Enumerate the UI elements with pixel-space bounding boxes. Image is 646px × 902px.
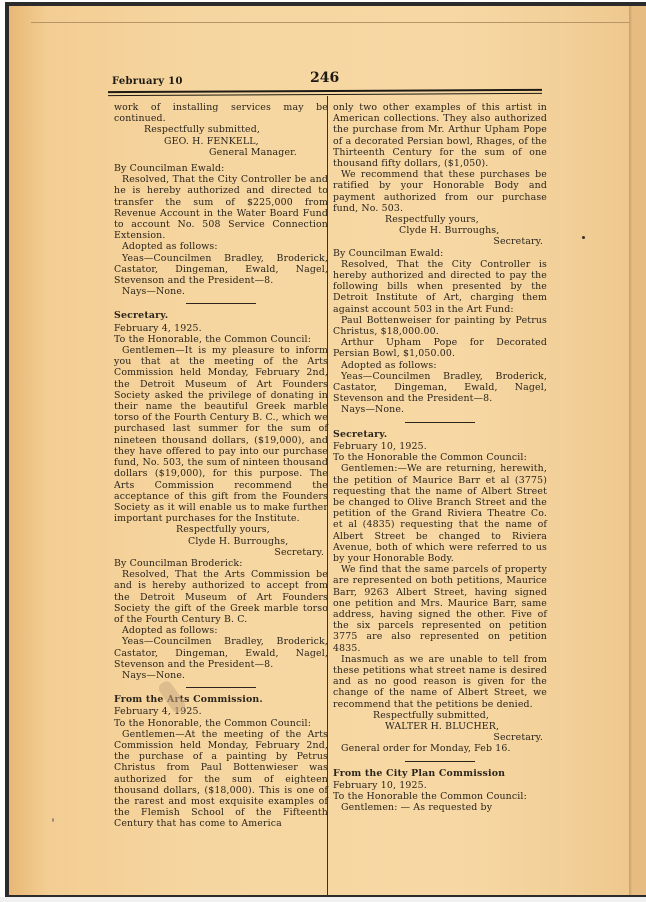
header-date: February 10 xyxy=(112,76,183,87)
resolution-text: Resolved, That the City Controller is he… xyxy=(333,259,547,315)
letter-date: February 4, 1925. xyxy=(114,706,328,717)
bill-item: Paul Bottenweiser for painting by Petrus… xyxy=(333,315,547,337)
signature-name: Clyde H. Burroughs, xyxy=(333,225,547,236)
signature-closing: Respectfully submitted, xyxy=(114,124,328,135)
salutation: To the Honorable the Common Council: xyxy=(333,452,547,463)
yeas-line: Yeas—Councilmen Bradley, Broderick, Cast… xyxy=(114,636,328,670)
signature-title: General Manager. xyxy=(114,147,328,158)
running-header: February 10 246 xyxy=(102,70,542,90)
salutation: To the Honorable, the Common Council: xyxy=(114,718,328,729)
resolution-text: Resolved, That the City Controller be an… xyxy=(114,174,328,241)
nays-line: Nays—None. xyxy=(333,404,547,415)
resolution-mover: By Councilman Broderick: xyxy=(114,558,328,569)
signature-closing: Respectfully submitted, xyxy=(333,710,547,721)
recommendation: We recommend that these purchases be rat… xyxy=(333,169,547,214)
section-divider xyxy=(186,303,256,304)
section-title: Secretary. xyxy=(114,310,328,321)
letter-body: Gentlemen: — As requested by xyxy=(333,802,547,813)
yeas-line: Yeas—Councilmen Bradley, Broderick, Cast… xyxy=(114,253,328,287)
page-top-edge xyxy=(31,22,629,23)
section-title: Secretary. xyxy=(333,429,547,440)
paper-speck xyxy=(52,818,54,822)
signature-closing: Respectfully yours, xyxy=(114,524,328,535)
signature-closing: Respectfully yours, xyxy=(333,214,547,225)
resolution-text: Resolved, That the Arts Commission be an… xyxy=(114,569,328,625)
yeas-line: Yeas—Councilmen Bradley, Broderick, Cast… xyxy=(333,371,547,405)
adopted-line: Adopted as follows: xyxy=(333,360,547,371)
letter-body: Gentlemen—It is my pleasure to inform yo… xyxy=(114,345,328,524)
letter-findings: We find that the same parcels of propert… xyxy=(333,564,547,654)
section-title: From the Arts Commission. xyxy=(114,694,328,705)
letter-date: February 10, 1925. xyxy=(333,780,547,791)
nays-line: Nays—None. xyxy=(114,670,328,681)
salutation: To the Honorable the Common Council: xyxy=(333,791,547,802)
letter-body: Gentlemen—At the meeting of the Arts Com… xyxy=(114,729,328,830)
letter-body: Gentlemen:—We are returning, herewith, t… xyxy=(333,463,547,564)
letter-date: February 10, 1925. xyxy=(333,441,547,452)
signature-name: WALTER H. BLUCHER, xyxy=(333,721,547,732)
resolution-mover: By Councilman Ewald: xyxy=(333,248,547,259)
adopted-line: Adopted as follows: xyxy=(114,241,328,252)
signature-name: Clyde H. Burroughs, xyxy=(114,536,328,547)
left-column: work of installing services may be conti… xyxy=(114,102,328,830)
section-divider xyxy=(186,687,256,688)
bill-item: Arthur Upham Pope for Decorated Persian … xyxy=(333,337,547,359)
nays-line: Nays—None. xyxy=(114,286,328,297)
letter-body-continued: only two other examples of this artist i… xyxy=(333,102,547,169)
signature-title: Secretary. xyxy=(333,236,547,247)
letter-date: February 4, 1925. xyxy=(114,323,328,334)
signature-name: GEO. H. FENKELL, xyxy=(114,136,328,147)
section-divider xyxy=(405,761,475,762)
section-title: From the City Plan Commission xyxy=(333,768,547,779)
right-column: only two other examples of this artist i… xyxy=(333,102,547,813)
signature-title: Secretary. xyxy=(333,732,547,743)
general-order: General order for Monday, Feb 16. xyxy=(333,743,547,754)
paper-speck xyxy=(582,236,585,239)
adjacent-page-edge xyxy=(632,6,646,895)
intro-text: work of installing services may be conti… xyxy=(114,102,328,124)
bottom-margin xyxy=(0,897,646,902)
resolution-mover: By Councilman Ewald: xyxy=(114,163,328,174)
salutation: To the Honorable, the Common Council: xyxy=(114,334,328,345)
page-number: 246 xyxy=(310,70,339,86)
letter-recommendation: Inasmuch as we are unable to tell from t… xyxy=(333,654,547,710)
adopted-line: Adopted as follows: xyxy=(114,625,328,636)
section-divider xyxy=(405,422,475,423)
signature-title: Secretary. xyxy=(114,547,328,558)
